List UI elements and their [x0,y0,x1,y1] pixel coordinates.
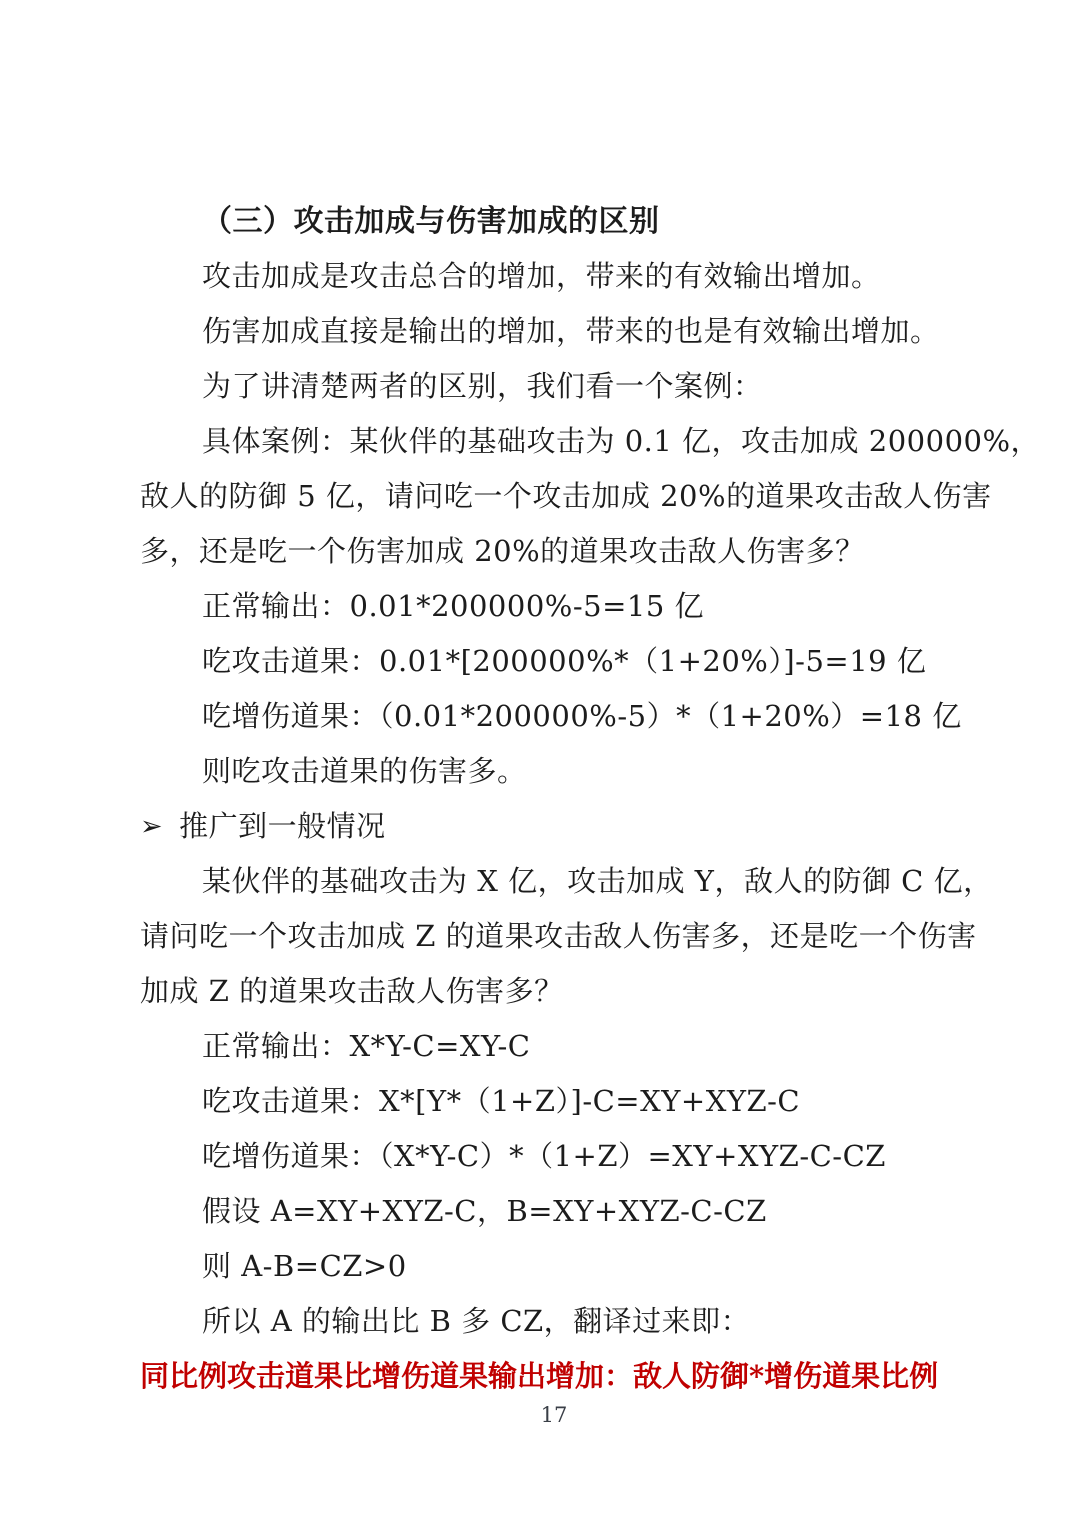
bullet-list-item: ➢推广到一般情况 [140,799,950,854]
body-line: 吃攻击道果：X*[Y*（1+Z）]-C=XY+XYZ-C [140,1074,950,1129]
page-number: 17 [14,1400,1080,1430]
body-line: 攻击加成是攻击总合的增加，带来的有效输出增加。 [140,249,950,304]
body-line: 为了讲清楚两者的区别，我们看一个案例： [140,359,950,414]
document-text-block: （三）攻击加成与伤害加成的区别攻击加成是攻击总合的增加，带来的有效输出增加。伤害… [140,194,950,1404]
body-line: 请问吃一个攻击加成 Z 的道果攻击敌人伤害多，还是吃一个伤害 [140,909,950,964]
body-line: 具体案例：某伙伴的基础攻击为 0.1 亿，攻击加成 200000%， [140,414,950,469]
body-line: 某伙伴的基础攻击为 X 亿，攻击加成 Y，敌人的防御 C 亿， [140,854,950,909]
arrow-bullet-icon: ➢ [140,799,163,854]
body-line: 吃攻击道果：0.01*[200000%*（1+20%）]-5=19 亿 [140,634,950,689]
conclusion-line: 同比例攻击道果比增伤道果输出增加：敌人防御*增伤道果比例 [140,1349,950,1404]
section-heading: （三）攻击加成与伤害加成的区别 [140,194,950,249]
body-line: 吃增伤道果：（0.01*200000%-5）*（1+20%）=18 亿 [140,689,950,744]
body-line: 正常输出：X*Y-C=XY-C [140,1019,950,1074]
body-line: 多，还是吃一个伤害加成 20%的道果攻击敌人伤害多？ [140,524,950,579]
body-line: 所以 A 的输出比 B 多 CZ，翻译过来即： [140,1294,950,1349]
body-line: 则吃攻击道果的伤害多。 [140,744,950,799]
bullet-label: 推广到一般情况 [179,799,386,854]
body-line: 正常输出：0.01*200000%-5=15 亿 [140,579,950,634]
body-line: 则 A-B=CZ>0 [140,1239,950,1294]
body-line: 加成 Z 的道果攻击敌人伤害多？ [140,964,950,1019]
body-line: 假设 A=XY+XYZ-C，B=XY+XYZ-C-CZ [140,1184,950,1239]
body-line: 吃增伤道果：（X*Y-C）*（1+Z）=XY+XYZ-C-CZ [140,1129,950,1184]
body-line: 伤害加成直接是输出的增加，带来的也是有效输出增加。 [140,304,950,359]
body-line: 敌人的防御 5 亿，请问吃一个攻击加成 20%的道果攻击敌人伤害 [140,469,950,524]
